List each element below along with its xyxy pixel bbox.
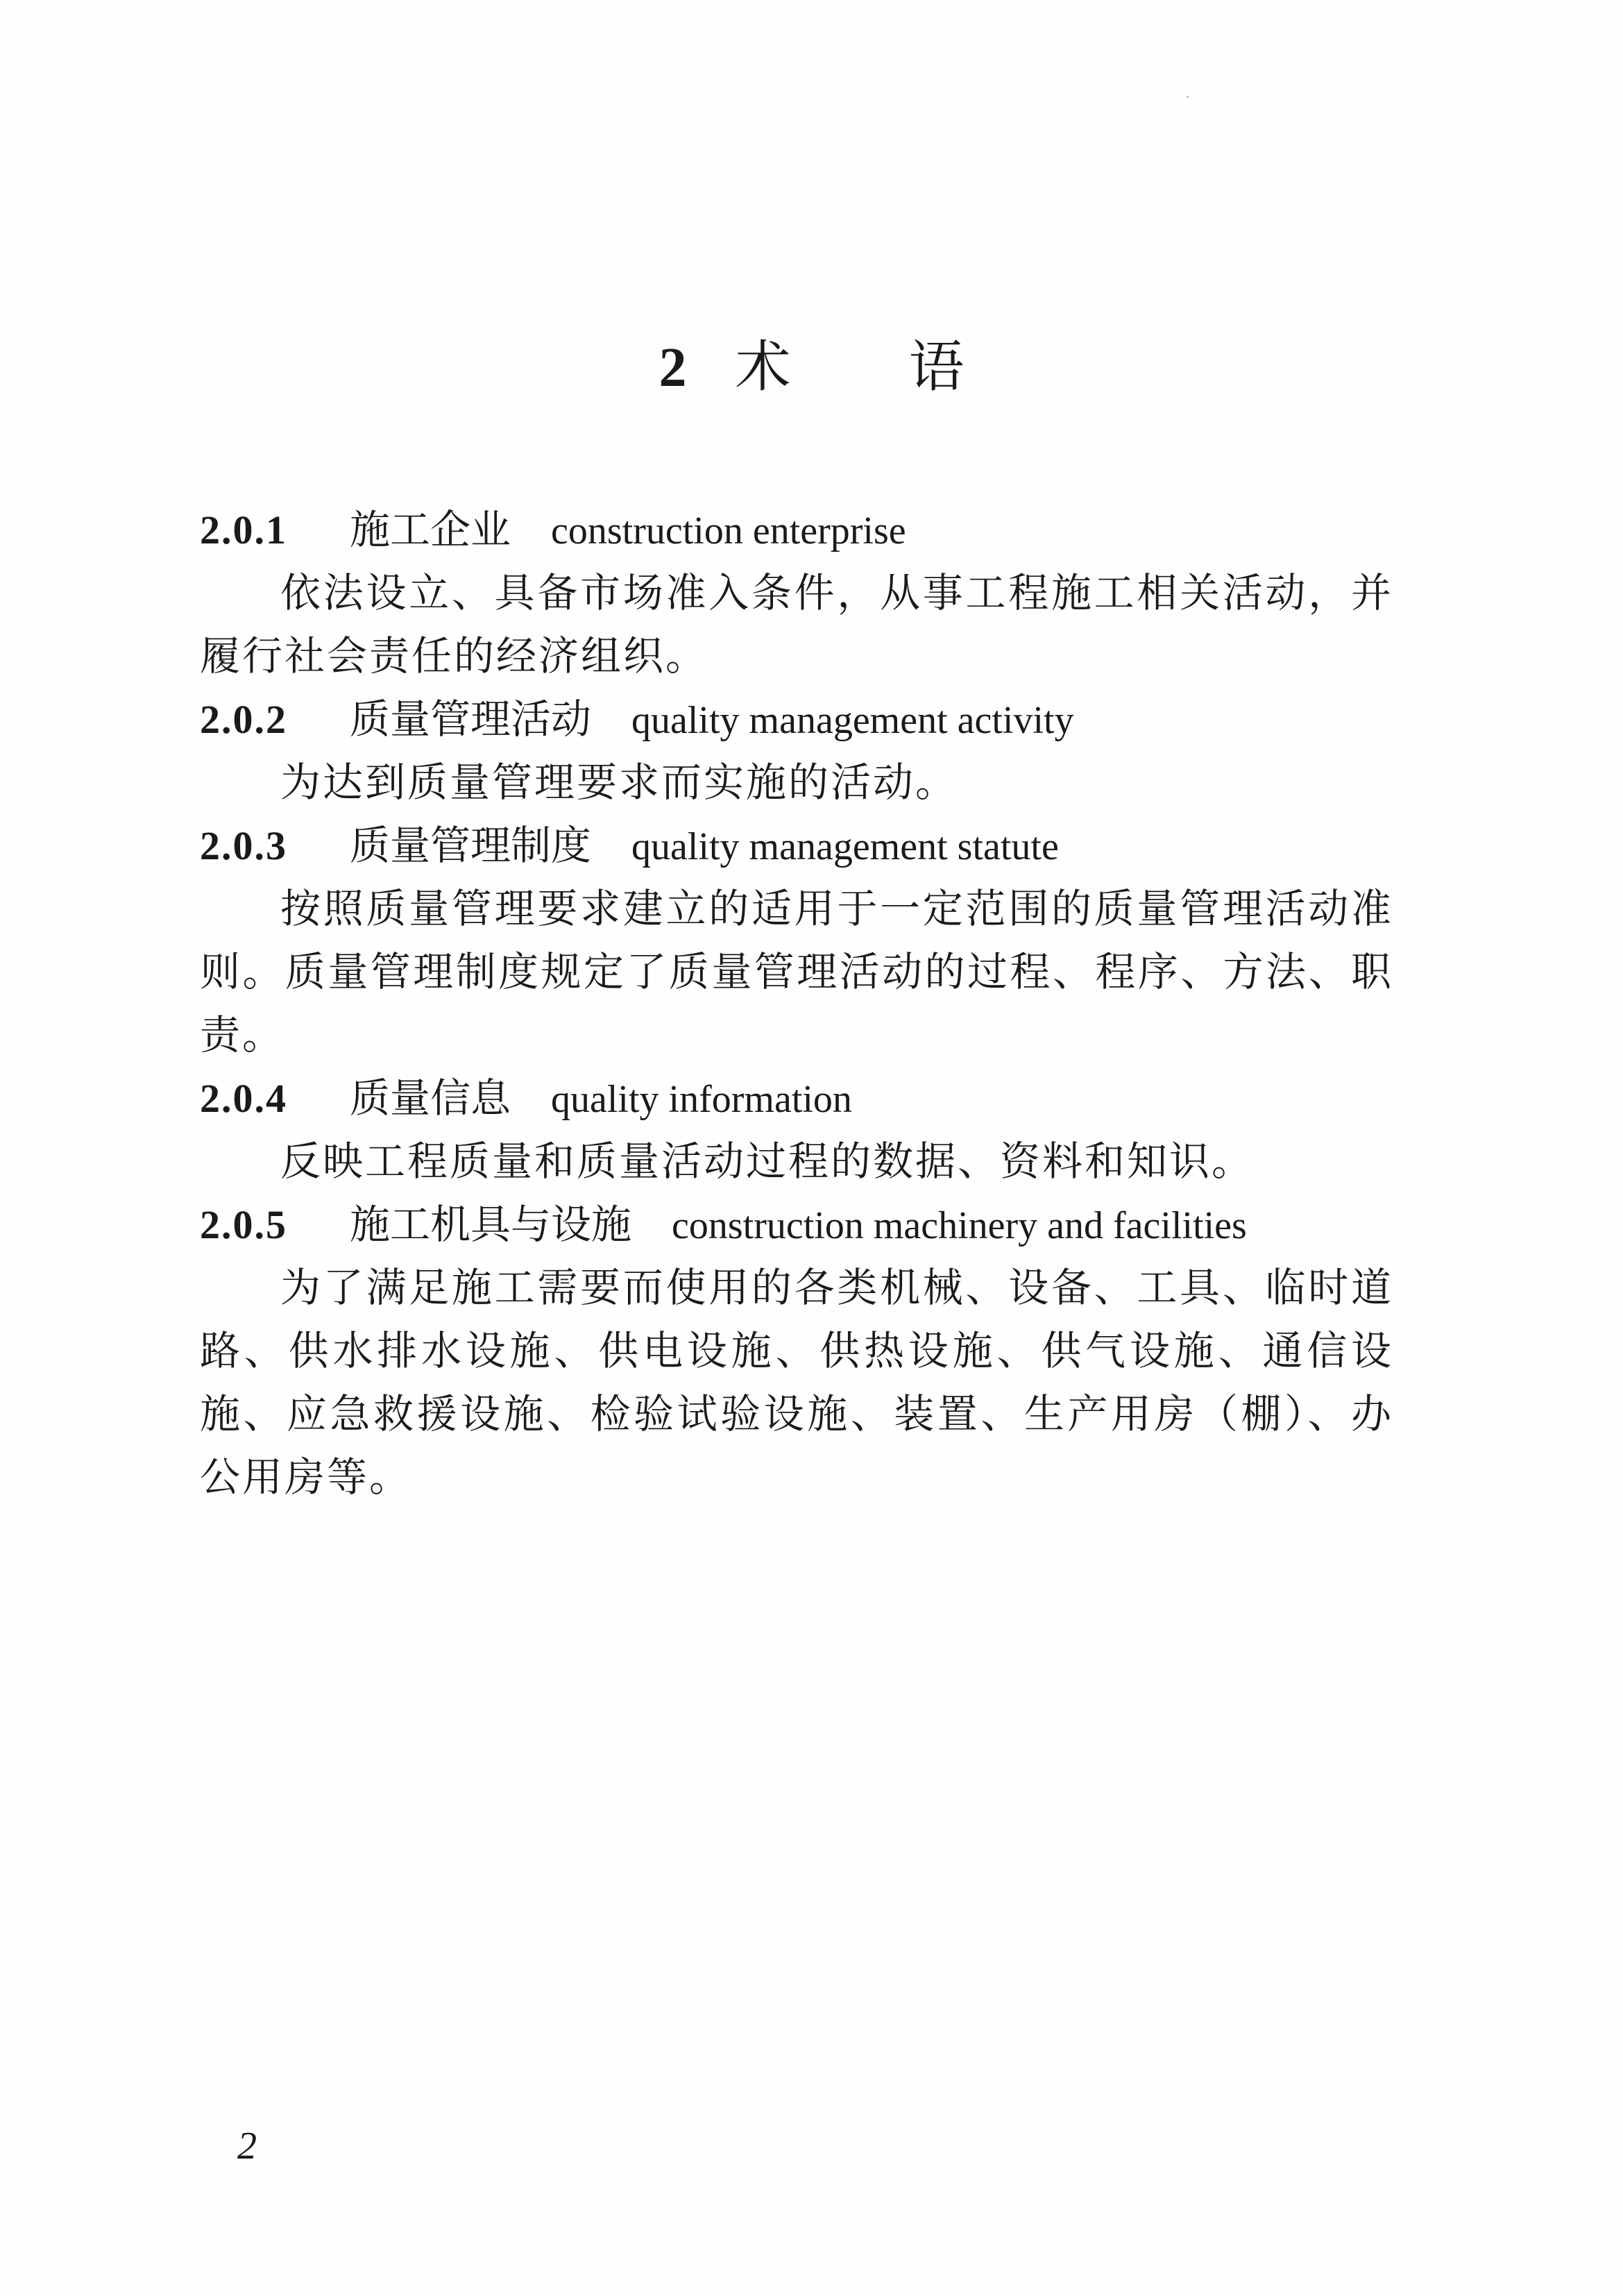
chapter-number: 2 [659, 337, 687, 398]
term-chinese: 施工企业 [350, 498, 511, 562]
term-definition: 依法设立、具备市场准入条件，从事工程施工相关活动，并履行社会责任的经济组织。 [200, 562, 1393, 688]
chapter-title-char-1: 术 [736, 337, 791, 398]
term-number: 2.0.1 [200, 498, 350, 562]
document-page: 2术语 2.0.1施工企业construction enterprise 依法设… [0, 0, 1623, 2296]
page-number: 2 [237, 2124, 257, 2168]
term-definition: 反映工程质量和质量活动过程的数据、资料和知识。 [200, 1130, 1393, 1193]
term-english: quality information [551, 1068, 852, 1131]
term-definition: 为达到质量管理要求而实施的活动。 [200, 751, 1393, 814]
term-heading: 2.0.5施工机具与设施construction machinery and f… [200, 1193, 1393, 1256]
term-number: 2.0.3 [200, 814, 350, 877]
term-2-0-5: 2.0.5施工机具与设施construction machinery and f… [200, 1193, 1393, 1509]
chapter-title-char-2: 语 [909, 337, 965, 398]
term-english: quality management statute [631, 816, 1059, 879]
term-2-0-4: 2.0.4质量信息quality information 反映工程质量和质量活动… [200, 1067, 1393, 1193]
term-english: construction machinery and facilities [672, 1195, 1247, 1258]
term-2-0-2: 2.0.2质量管理活动quality management activity 为… [200, 688, 1393, 814]
term-2-0-3: 2.0.3质量管理制度quality management statute 按照… [200, 814, 1393, 1067]
term-number: 2.0.2 [200, 688, 350, 751]
term-number: 2.0.4 [200, 1067, 350, 1130]
term-english: quality management activity [631, 689, 1074, 752]
term-chinese: 质量管理制度 [350, 814, 591, 877]
term-definition: 按照质量管理要求建立的适用于一定范围的质量管理活动准则。质量管理制度规定了质量管… [200, 877, 1393, 1067]
term-heading: 2.0.4质量信息quality information [200, 1067, 1393, 1130]
term-heading: 2.0.2质量管理活动quality management activity [200, 688, 1393, 751]
term-chinese: 施工机具与设施 [350, 1193, 631, 1256]
scan-speck [1187, 96, 1189, 98]
term-chinese: 质量管理活动 [350, 688, 591, 751]
terms-section: 2.0.1施工企业construction enterprise 依法设立、具备… [200, 498, 1393, 1509]
term-heading: 2.0.1施工企业construction enterprise [200, 498, 1393, 562]
term-heading: 2.0.3质量管理制度quality management statute [200, 814, 1393, 877]
term-english: construction enterprise [551, 500, 906, 563]
term-number: 2.0.5 [200, 1193, 350, 1256]
term-definition: 为了满足施工需要而使用的各类机械、设备、工具、临时道路、供水排水设施、供电设施、… [200, 1256, 1393, 1509]
chapter-title: 2术语 [0, 333, 1623, 403]
term-2-0-1: 2.0.1施工企业construction enterprise 依法设立、具备… [200, 498, 1393, 688]
term-chinese: 质量信息 [350, 1067, 511, 1130]
